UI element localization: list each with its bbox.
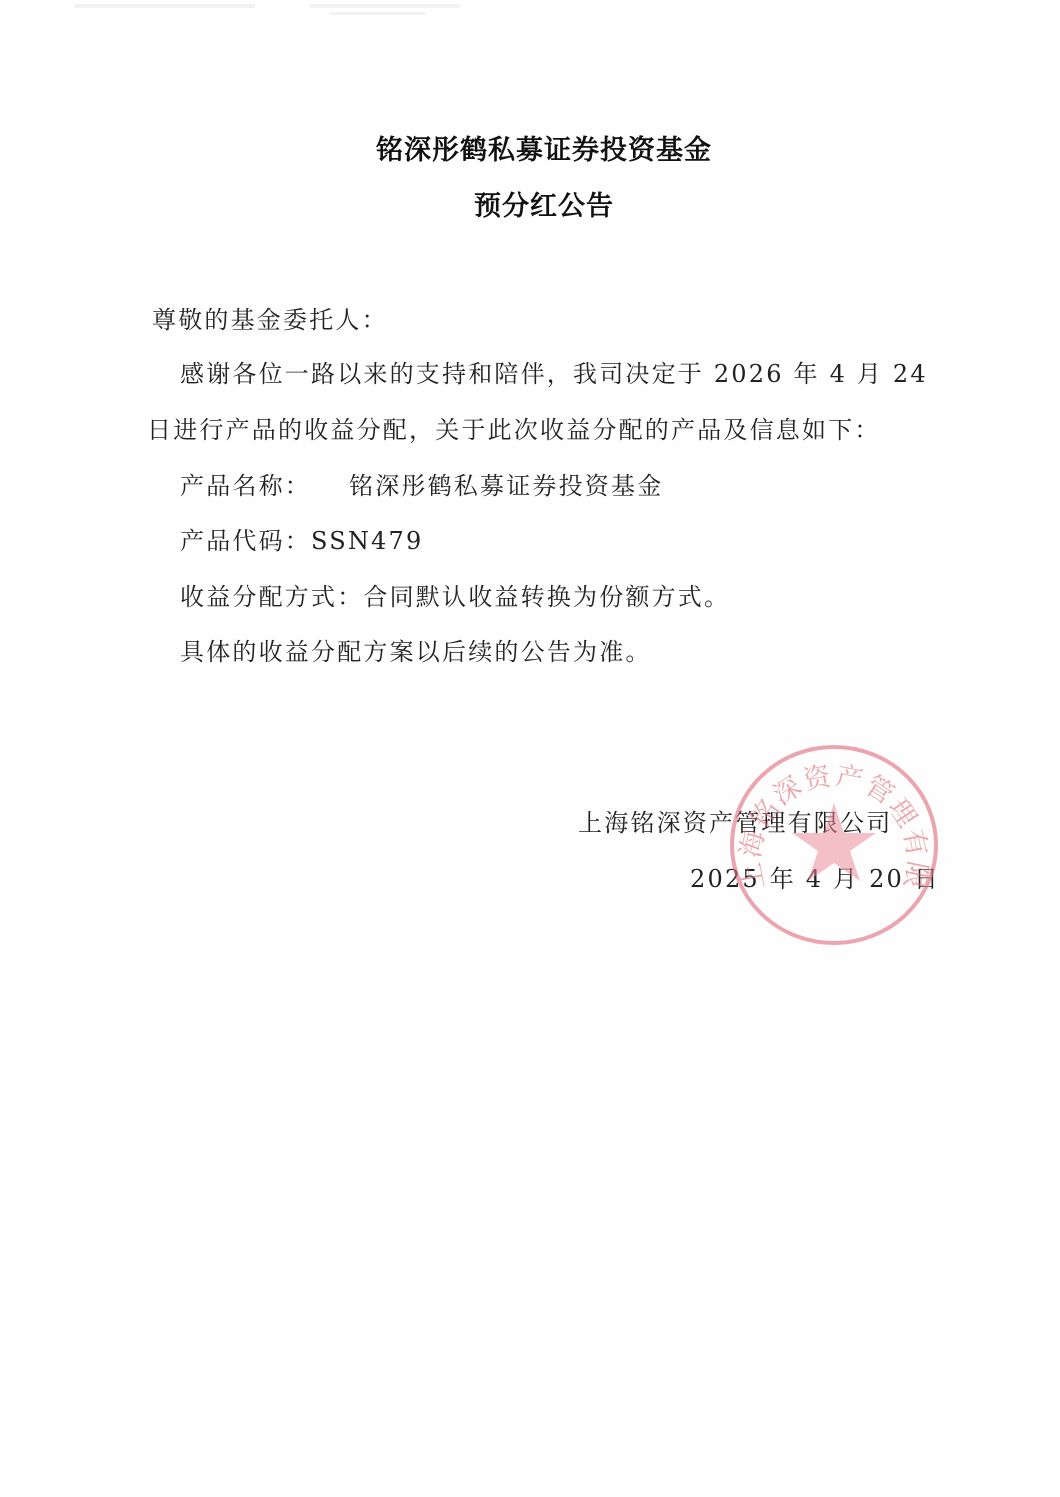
scan-artifact (330, 12, 425, 15)
signature-date: 2025 年 4 月 20 日 (690, 859, 940, 894)
distribution-method-value: 合同默认收益转换为份额方式。 (363, 583, 730, 611)
body-paragraph-line-2: 日进行产品的收益分配，关于此次收益分配的产品及信息如下： (147, 410, 881, 445)
document-title: 铭深彤鹤私募证券投资基金 (0, 128, 1060, 167)
closing-note: 具体的收益分配方案以后续的公告为准。 (180, 632, 652, 667)
product-code-field: 产品代码：SSN479 (180, 521, 423, 556)
product-code-label: 产品代码： (180, 527, 311, 555)
scan-artifact (310, 4, 460, 8)
document-page: 铭深彤鹤私募证券投资基金 预分红公告 尊敬的基金委托人： 感谢各位一路以来的支持… (0, 0, 1060, 1497)
product-name-value: 铭深彤鹤私募证券投资基金 (349, 472, 663, 500)
distribution-method-label: 收益分配方式： (180, 583, 363, 611)
product-name-field: 产品名称：铭深彤鹤私募证券投资基金 (180, 466, 663, 501)
scan-artifact (75, 4, 255, 8)
salutation: 尊敬的基金委托人： (152, 300, 388, 335)
product-name-label: 产品名称： (180, 472, 311, 500)
product-code-value: SSN479 (311, 527, 423, 555)
document-subtitle: 预分红公告 (0, 184, 1060, 223)
signature-company: 上海铭深资产管理有限公司 (578, 803, 892, 838)
company-seal: 上海铭深资产管理有限公司 (728, 743, 940, 948)
distribution-method-field: 收益分配方式：合同默认收益转换为份额方式。 (180, 577, 730, 612)
body-paragraph-line-1: 感谢各位一路以来的支持和陪伴，我司决定于 2026 年 4 月 24 (180, 354, 928, 389)
